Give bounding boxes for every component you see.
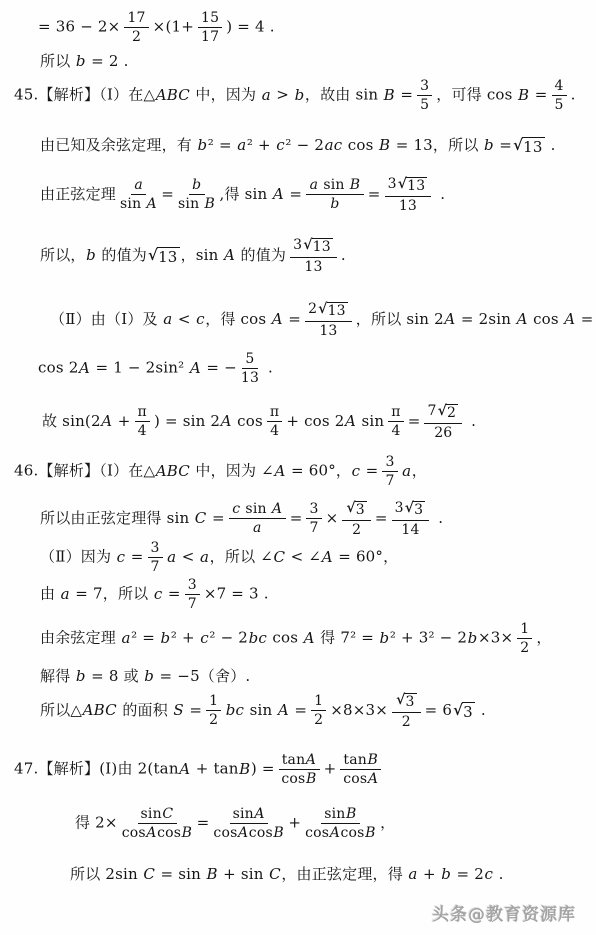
fraction: tanAcosB [279, 752, 320, 787]
line-46-solve-b: 解得 b = 8 或 b = −5（舍）. [40, 667, 250, 687]
radicand: 2 [446, 404, 458, 422]
text-run: 7 [151, 559, 160, 575]
numerator: c sin A [229, 501, 286, 519]
radicand: 13 [157, 247, 180, 266]
text-run: 2 [314, 712, 323, 728]
text-run: ，所以 sin 2A = 2sin A cos A = [356, 310, 594, 328]
text-run: （Ⅱ）因为 c = [40, 548, 144, 566]
denominator: 2 [314, 711, 323, 728]
numerator: sinA [230, 806, 269, 824]
fraction: sinAcosAcosB [213, 806, 284, 841]
text-run: ， [380, 814, 395, 832]
square-root: √3 [396, 693, 417, 711]
numerator: 3 [148, 540, 163, 558]
numerator: 15 [198, 10, 222, 28]
square-root: √13 [148, 247, 180, 266]
numerator: 3 [306, 501, 321, 519]
denominator: 26 [434, 424, 452, 441]
text-run: × [326, 509, 339, 527]
numerator: 1 [517, 621, 532, 639]
denominator: 2 [352, 521, 361, 538]
denominator: 17 [201, 28, 219, 45]
text-run: 13 [241, 370, 259, 386]
numerator: √3 [392, 692, 421, 713]
numerator: 7√2 [424, 403, 462, 424]
fraction: 3√1313 [290, 237, 337, 275]
text-run: = 36 − 2× [38, 18, 120, 36]
line-45-cosine-rule: 由已知及余弦定理，有 b² = a² + c² − 2ac cos B = 13… [40, 136, 556, 156]
text-run: 1 [520, 621, 529, 637]
denominator: 14 [401, 521, 419, 538]
text-run: 得 2× [75, 814, 118, 832]
fraction: sinCcosAcosB [122, 806, 193, 841]
text-run: 15 [201, 10, 219, 26]
fraction: π4 [267, 404, 282, 439]
line-46-c-value: 由 a = 7，所以 c =37×7 = 3 . [40, 577, 269, 612]
line-45-final: 故 sin(2A +π4) = sin 2A cosπ4+ cos 2A sin… [42, 403, 476, 441]
numerator: π [267, 404, 282, 422]
square-root: √13 [303, 238, 333, 256]
text-run: cosA [343, 771, 378, 787]
text-run: 5 [555, 97, 564, 113]
text-run: 所以 2sin C = sin B + sin C，由正弦定理，得 a + b … [70, 865, 504, 883]
text-run: ，sin A 的值为 [181, 246, 287, 264]
line-47-given: 47.【解析】(Ⅰ)由 2(tanA + tanB) =tanAcosB+tan… [14, 752, 385, 787]
text-run: . [433, 509, 443, 527]
square-root: √13 [318, 302, 348, 320]
numerator: sinC [138, 806, 177, 824]
denominator: 7 [188, 595, 197, 612]
text-run: = [197, 814, 210, 832]
line-46-part1-given: 46.【解析】（Ⅰ）在△ABC 中，因为 ∠A = 60°，c =37a， [14, 454, 427, 489]
text-run: 13 [399, 198, 417, 214]
fraction: 35 [417, 78, 432, 113]
text-run: sinB [324, 806, 357, 822]
text-run: . [546, 136, 556, 154]
numerator: 4 [552, 78, 567, 96]
text-run: ，可得 cos B = [436, 86, 547, 104]
denominator: a [252, 519, 262, 536]
denominator: 13 [241, 369, 259, 386]
fraction: 3√314 [392, 500, 430, 538]
text-run: 45.【解析】（Ⅰ）在△ABC 中，因为 a > b，故由 sin B = [14, 86, 413, 104]
text-run: 14 [401, 522, 419, 538]
fraction: 45 [552, 78, 567, 113]
numerator: 3 [417, 78, 432, 96]
text-run: ×(1+ [153, 18, 194, 36]
text-run: b [330, 196, 340, 212]
line-45-part1-given: 45.【解析】（Ⅰ）在△ABC 中，因为 a > b，故由 sin B =35，… [14, 78, 576, 113]
text-run: . [466, 412, 476, 430]
fraction: √32 [392, 692, 421, 730]
line-45-part1-answer: 所以，b 的值为√13，sin A 的值为3√1313. [40, 237, 346, 275]
numerator: tanA [279, 752, 320, 770]
numerator: b [189, 177, 205, 195]
denominator: 2 [132, 28, 141, 45]
text-run: b [192, 177, 202, 193]
square-root: √13 [398, 177, 428, 195]
numerator: 2√13 [305, 301, 352, 322]
denominator: cosAcosB [122, 824, 193, 841]
denominator: 2 [209, 711, 218, 728]
radicand: 3 [413, 501, 425, 519]
line-46-sinC: 所以由正弦定理得 sin C =c sin Aa=37×√32=3√314 . [40, 500, 443, 538]
text-run: 故 sin(2A + [42, 412, 131, 430]
text-run: a sin B [309, 177, 361, 193]
text-run: 7 [188, 596, 197, 612]
fraction: asin A [120, 177, 157, 212]
text-run: 13 [304, 259, 322, 275]
text-run: cosAcosB [213, 825, 284, 841]
text-run: 由余弦定理 a² = b² + c² − 2bc cos A 得 7² = b²… [40, 629, 513, 647]
text-run: cos 2A = 1 − 2sin² A = − [38, 359, 237, 377]
text-run: 2 [402, 714, 411, 730]
text-run: = [290, 509, 303, 527]
text-run: 2 [520, 640, 529, 656]
text-run: . [476, 701, 486, 719]
text-run: ， [536, 629, 551, 647]
denominator: sin A [120, 195, 157, 212]
numerator: a [131, 177, 147, 195]
fraction: a sin Bb [306, 177, 364, 212]
text-run: ) = 4 . [226, 18, 274, 36]
denominator: 2 [402, 713, 411, 730]
text-run: 4 [391, 423, 400, 439]
numerator: 1 [311, 693, 326, 711]
text-run: 3 [420, 78, 429, 94]
text-run: 1 [314, 693, 323, 709]
radicand: 13 [522, 137, 545, 156]
denominator: 4 [138, 422, 147, 439]
text-run: 7 [309, 520, 318, 536]
text-run: sin B [178, 196, 215, 212]
radicand: 13 [327, 302, 348, 320]
text-run: π [391, 404, 400, 420]
text-run: 所以，b 的值为 [40, 246, 147, 264]
text-run: 3 [293, 237, 302, 253]
numerator: 5 [242, 351, 257, 369]
text-run: = [408, 412, 421, 430]
text-run: 47.【解析】(Ⅰ)由 2(tanA + tanB) = [14, 760, 275, 778]
text-run: 由 a = 7，所以 c = [40, 585, 181, 603]
numerator: 1 [206, 693, 221, 711]
fraction: √32 [342, 500, 371, 538]
denominator: cosAcosB [213, 824, 284, 841]
fraction: 2√1313 [305, 301, 352, 339]
square-root: √3 [405, 501, 426, 519]
text-run: 1 [209, 693, 218, 709]
line-45-sine-rule: 由正弦定理asin A=bsin B,得 sin A =a sin Bb=3√1… [40, 176, 445, 214]
text-run: . [435, 185, 445, 203]
text-run: 由正弦定理 [40, 185, 116, 203]
text-run: π [270, 404, 279, 420]
denominator: 13 [304, 258, 322, 275]
denominator: 4 [391, 422, 400, 439]
text-run: 26 [434, 425, 452, 441]
text-run: 2 [132, 29, 141, 45]
fraction: sinBcosAcosB [305, 806, 376, 841]
text-run: 3 [188, 577, 197, 593]
text-run: + [324, 760, 337, 778]
text-run: = [161, 185, 174, 203]
text-run: ,得 sin A = [219, 185, 302, 203]
text-run: . [263, 359, 273, 377]
fraction: 7√226 [424, 403, 462, 441]
numerator: 3 [185, 577, 200, 595]
text-run: 4 [138, 423, 147, 439]
fraction: bsin B [178, 177, 215, 212]
fraction: 513 [241, 351, 259, 386]
text-run: = 6 [425, 701, 452, 719]
denominator: 2 [520, 639, 529, 656]
denominator: 5 [555, 96, 564, 113]
numerator: a sin B [306, 177, 364, 195]
radicand: 13 [406, 177, 427, 195]
fraction: 1517 [198, 10, 222, 45]
square-root: √13 [513, 137, 545, 156]
text-run: 17 [127, 10, 145, 26]
radicand: 3 [404, 693, 416, 711]
numerator: 17 [124, 10, 148, 28]
numerator: 3√3 [392, 500, 430, 521]
text-run: tanB [343, 752, 378, 768]
fraction: 12 [206, 693, 221, 728]
radicand: 3 [462, 702, 475, 721]
text-run: = [368, 185, 381, 203]
text-run: 3 [388, 176, 397, 192]
line-44-eval: = 36 − 2×172×(1+1517) = 4 . [38, 10, 275, 45]
denominator: cosAcosB [305, 824, 376, 841]
text-run: tanA [282, 752, 317, 768]
text-run: + [288, 814, 301, 832]
text-run: 7 [385, 473, 394, 489]
text-run: a， [402, 462, 427, 480]
text-run: cosAcosB [122, 825, 193, 841]
text-run: 3 [151, 540, 160, 556]
text-run: ×7 = 3 . [204, 585, 269, 603]
text-run: bc sin A = [225, 701, 307, 719]
document-page: = 36 − 2×172×(1+1517) = 4 .所以 b = 2 .45.… [0, 0, 596, 935]
text-run: a [252, 520, 262, 536]
fraction: π4 [135, 404, 150, 439]
text-run: sinC [141, 806, 174, 822]
text-run: 所以△ABC 的面积 S = [40, 701, 202, 719]
text-run: sin A [120, 196, 157, 212]
radicand: 3 [355, 501, 367, 519]
text-run: a [134, 177, 144, 193]
fraction: 37 [148, 540, 163, 575]
denominator: 4 [270, 422, 279, 439]
denominator: 7 [309, 519, 318, 536]
denominator: sin B [178, 195, 215, 212]
text-run: 2 [352, 522, 361, 538]
radicand: 13 [312, 238, 333, 256]
fraction: 12 [311, 693, 326, 728]
text-run: = [375, 509, 388, 527]
text-run: 3 [309, 501, 318, 517]
text-run: 13 [319, 323, 337, 339]
denominator: cosB [281, 770, 317, 787]
watermark: 头条@教育资源库 [432, 900, 576, 925]
text-run: a < a，所以 ∠C < ∠A = 60°， [167, 548, 399, 566]
numerator: tanB [340, 752, 381, 770]
fraction: tanBcosA [340, 752, 381, 787]
text-run: cosAcosB [305, 825, 376, 841]
text-run: 由已知及余弦定理，有 b² = a² + c² − 2ac cos B = 13… [40, 136, 512, 154]
line-47-transform: 得 2×sinCcosAcosB=sinAcosAcosB+sinBcosAco… [75, 806, 395, 841]
text-run: 3 [395, 500, 404, 516]
text-run: ×8×3× [330, 701, 388, 719]
fraction: 12 [517, 621, 532, 656]
line-46-area: 所以△ABC 的面积 S =12bc sin A =12×8×3×√32= 6√… [40, 692, 486, 730]
text-run: 所以 b = 2 . [40, 52, 129, 70]
text-run: 4 [270, 423, 279, 439]
line-45-cos2A: cos 2A = 1 − 2sin² A = −513 . [38, 351, 273, 386]
numerator: 3 [382, 454, 397, 472]
text-run: （Ⅱ）由（Ⅰ）及 a < c，得 cos A = [50, 310, 301, 328]
text-run: 解得 b = 8 或 b = −5（舍）. [40, 667, 250, 685]
numerator: π [388, 404, 403, 422]
text-run: . [571, 86, 576, 104]
text-run: c sin A [232, 501, 283, 517]
text-run: π [138, 404, 147, 420]
text-run: 17 [201, 29, 219, 45]
fraction: 37 [306, 501, 321, 536]
text-run: 5 [420, 97, 429, 113]
denominator: 13 [319, 322, 337, 339]
denominator: 5 [420, 96, 429, 113]
fraction: 37 [382, 454, 397, 489]
denominator: 13 [399, 197, 417, 214]
numerator: π [135, 404, 150, 422]
text-run: 46.【解析】（Ⅰ）在△ABC 中，因为 ∠A = 60°，c = [14, 462, 378, 480]
fraction: c sin Aa [229, 501, 286, 536]
text-run: 2 [308, 301, 317, 317]
numerator: 3√13 [290, 237, 337, 258]
numerator: 3√13 [385, 176, 432, 197]
text-run: 7 [427, 403, 436, 419]
text-run: ) = sin 2A cos [154, 412, 263, 430]
fraction: π4 [388, 404, 403, 439]
text-run: 5 [245, 351, 254, 367]
denominator: cosA [343, 770, 378, 787]
square-root: √3 [453, 702, 475, 721]
text-run: 3 [385, 454, 394, 470]
denominator: b [330, 195, 340, 212]
fraction: 3√1313 [385, 176, 432, 214]
text-run: 所以由正弦定理得 sin C = [40, 509, 225, 527]
line-46-part2-compare: （Ⅱ）因为 c =37a < a，所以 ∠C < ∠A = 60°， [40, 540, 398, 575]
square-root: √2 [438, 404, 459, 422]
square-root: √3 [346, 501, 367, 519]
numerator: sinB [321, 806, 360, 824]
denominator: 7 [151, 558, 160, 575]
numerator: √3 [342, 500, 371, 521]
fraction: 37 [185, 577, 200, 612]
text-run: cosB [281, 771, 317, 787]
text-run: sinA [233, 806, 266, 822]
text-run: + cos 2A sin [286, 412, 384, 430]
text-run: . [341, 246, 346, 264]
line-47-conclusion: 所以 2sin C = sin B + sin C，由正弦定理，得 a + b … [70, 865, 504, 885]
line-44-conclusion: 所以 b = 2 . [40, 52, 129, 72]
line-45-part2-cosA: （Ⅱ）由（Ⅰ）及 a < c，得 cos A =2√1313，所以 sin 2A… [50, 301, 596, 339]
denominator: 7 [385, 472, 394, 489]
text-run: 4 [555, 78, 564, 94]
line-46-cosine-rule: 由余弦定理 a² = b² + c² − 2bc cos A 得 7² = b²… [40, 621, 552, 656]
text-run: 2 [209, 712, 218, 728]
fraction: 172 [124, 10, 148, 45]
